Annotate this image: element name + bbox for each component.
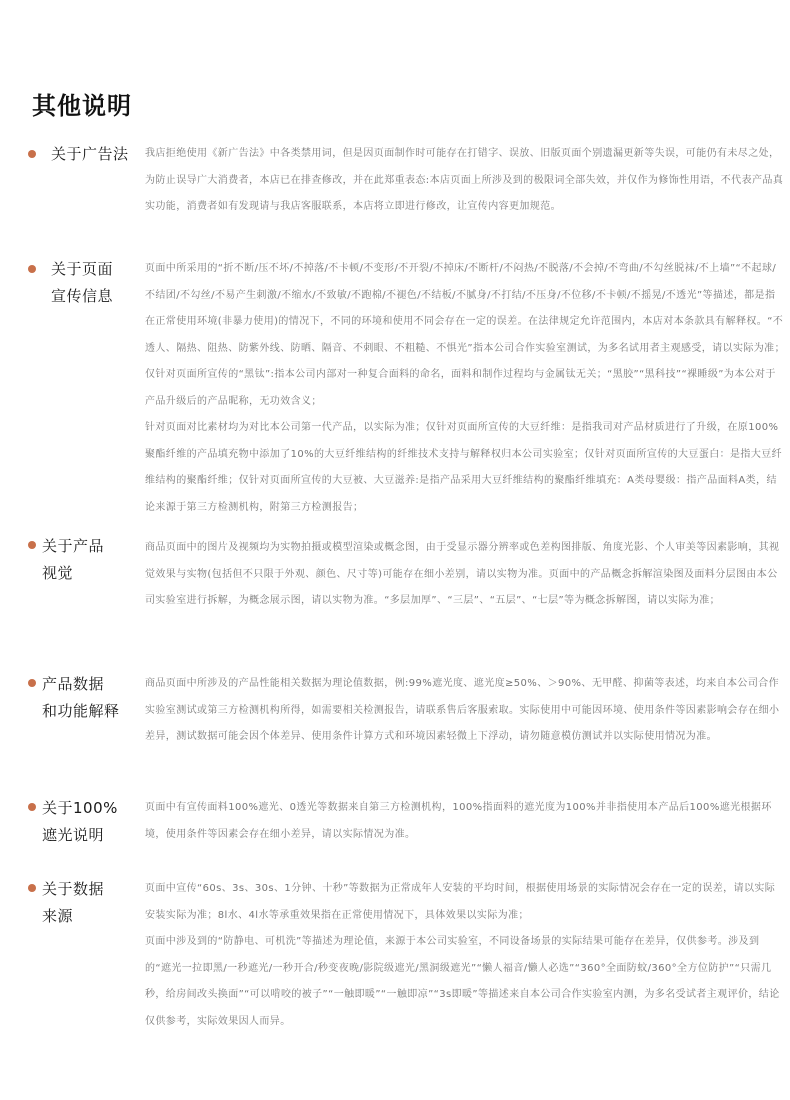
bullet-dot-icon [28,265,36,273]
bullet-dot-icon [28,150,36,158]
section-label: 关于页面 宣传信息 [51,256,146,310]
section-body: 商品页面中的图片及视频均为实物拍摄或模型渲染或概念图，由于受显示器分辨率或色差构… [145,535,785,615]
bullet-dot-icon [28,803,36,811]
paragraph: 针对页面对比素材均为对比本公司第一代产品，以实际为准；仅针对页面所宣传的大豆纤维… [145,415,785,521]
section-body: 页面中所采用的“折不断/压不坏/不掉落/不卡顿/不变形/不开裂/不掉床/不断杆/… [145,256,785,521]
section-label: 关于广告法 [51,141,146,168]
section-label: 产品数据 和功能解释 [42,671,137,725]
section-body: 商品页面中所涉及的产品性能相关数据为理论值数据，例:99%遮光度、遮光度≥50%… [145,671,785,751]
paragraph: 页面中涉及到的“防静电、可机洗”等描述为理论值，来源于本公司实验室，不同设备场景… [145,929,785,1035]
section-body: 我店拒绝使用《新广告法》中各类禁用词，但是因页面制作时可能存在打错字、误放、旧版… [145,141,785,221]
paragraph: 页面中有宣传面料100%遮光、0透光等数据来自第三方检测机构，100%指面料的遮… [145,795,785,848]
paragraph: 商品页面中所涉及的产品性能相关数据为理论值数据，例:99%遮光度、遮光度≥50%… [145,671,785,751]
paragraph: 商品页面中的图片及视频均为实物拍摄或模型渲染或概念图，由于受显示器分辨率或色差构… [145,535,785,615]
paragraph: 页面中所采用的“折不断/压不坏/不掉落/不卡顿/不变形/不开裂/不掉床/不断杆/… [145,256,785,415]
section-label: 关于100% 遮光说明 [42,795,137,849]
bullet-dot-icon [28,679,36,687]
page-title: 其他说明 [32,90,132,122]
paragraph: 页面中宣传“60s、3s、30s、1分钟、十秒”等数据为正常成年人安装的平均时间… [145,876,785,929]
section-label: 关于产品 视觉 [42,533,137,587]
paragraph: 我店拒绝使用《新广告法》中各类禁用词，但是因页面制作时可能存在打错字、误放、旧版… [145,141,785,221]
section-body: 页面中有宣传面料100%遮光、0透光等数据来自第三方检测机构，100%指面料的遮… [145,795,785,848]
section-body: 页面中宣传“60s、3s、30s、1分钟、十秒”等数据为正常成年人安装的平均时间… [145,876,785,1035]
bullet-dot-icon [28,541,36,549]
section-label: 关于数据 来源 [42,876,137,930]
bullet-dot-icon [28,884,36,892]
